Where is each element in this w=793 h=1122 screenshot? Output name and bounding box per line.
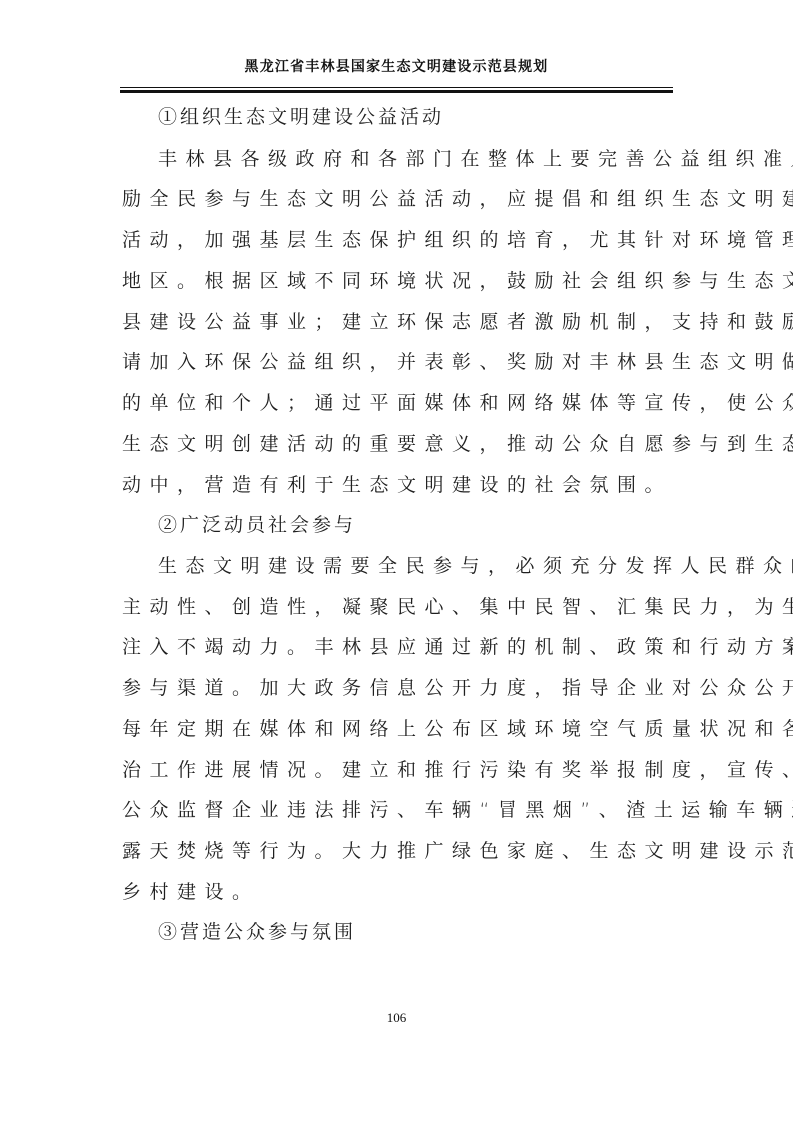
paragraph-line: 生态文明建设需要全民参与，必须充分发挥人民群众的积极性、: [158, 554, 793, 578]
paragraph-line: 地区。根据区域不同环境状况，鼓励社会组织参与生态文明建设示范: [122, 269, 793, 293]
paragraph-line: 主动性、创造性，凝聚民心、集中民智、汇集民力，为生态文明建设: [122, 595, 793, 619]
paragraph-line: 乡村建设。: [122, 880, 260, 904]
paragraph-line: 励全民参与生态文明公益活动，应提倡和组织生态文明建设相关公益: [122, 187, 793, 211]
paragraph-line: 动中，营造有利于生态文明建设的社会氛围。: [122, 473, 672, 497]
paragraph-line: 每年定期在媒体和网络上公布区域环境空气质量状况和各项污染防: [122, 717, 793, 741]
paragraph-line: 丰林县各级政府和各部门在整体上要完善公益组织准入机制，鼓: [158, 147, 793, 171]
header-rule-thin: [120, 87, 673, 88]
page-header-title: 黑龙江省丰林县国家生态文明建设示范县规划: [120, 56, 673, 76]
paragraph-line: 公众监督企业违法排污、车辆“冒黑烟”、渣土运输车辆遗撒、秸秆: [122, 798, 793, 822]
page-number: 106: [0, 1010, 793, 1026]
section-heading-3: ③营造公众参与氛围: [158, 920, 356, 944]
paragraph-line: 请加入环保公益组织，并表彰、奖励对丰林县生态文明做出杰出贡献: [122, 350, 793, 374]
header-rule-thick: [120, 90, 673, 93]
document-page: 黑龙江省丰林县国家生态文明建设示范县规划 ①组织生态文明建设公益活动 丰林县各级…: [0, 0, 793, 1122]
paragraph-line: 露天焚烧等行为。大力推广绿色家庭、生态文明建设示范乡镇、美丽: [122, 839, 793, 863]
paragraph-line: 参与渠道。加大政务信息公开力度，指导企业对公众公开环境信息，: [122, 676, 793, 700]
paragraph-line: 县建设公益事业；建立环保志愿者激励机制，支持和鼓励社会公众申: [122, 310, 793, 334]
paragraph-line: 注入不竭动力。丰林县应通过新的机制、政策和行动方案等拓宽公众: [122, 635, 793, 659]
section-heading-1: ①组织生态文明建设公益活动: [158, 105, 444, 129]
paragraph-line: 治工作进展情况。建立和推行污染有奖举报制度，宣传、引导和鼓励: [122, 758, 793, 782]
paragraph-line: 的单位和个人；通过平面媒体和网络媒体等宣传，使公众意识到参与: [122, 391, 793, 415]
paragraph-line: 生态文明创建活动的重要意义，推动公众自愿参与到生态文明公益活: [122, 432, 793, 456]
section-heading-2: ②广泛动员社会参与: [158, 513, 356, 537]
paragraph-line: 活动，加强基层生态保护组织的培育，尤其针对环境管理薄弱的农村: [122, 228, 793, 252]
